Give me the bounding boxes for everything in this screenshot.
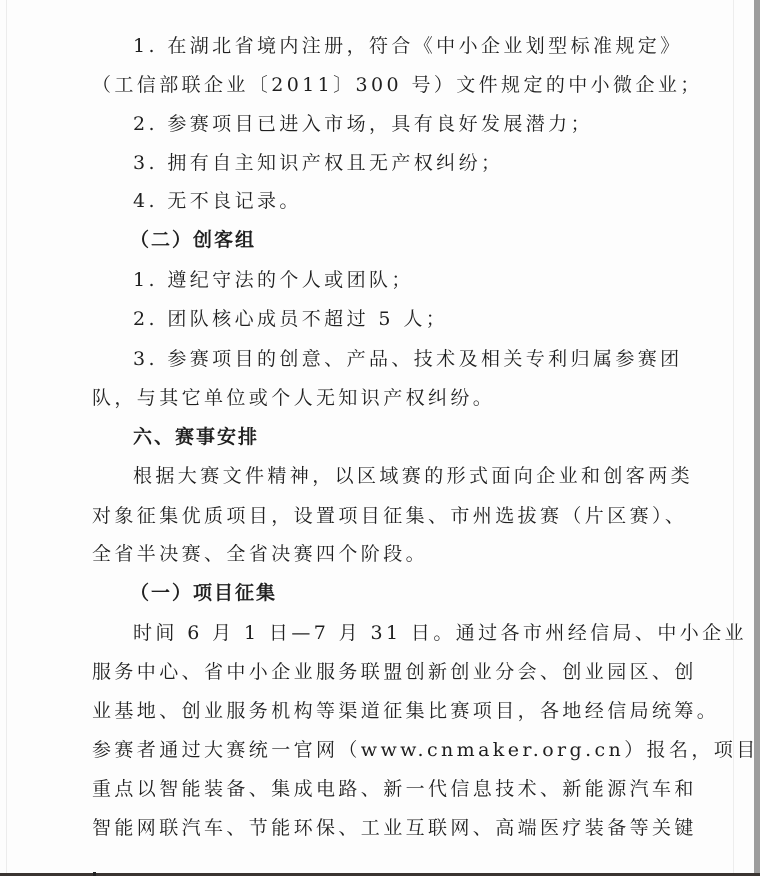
bottom-marker-icon [93,872,96,876]
section-heading-schedule: 六、赛事安排 [133,425,259,449]
schedule-paragraph-line-2: 对象征集优质项目，设置项目征集、市州选拔赛（片区赛）、 [92,504,687,528]
req-enterprise-item-1: 1. 在湖北省境内注册，符合《中小企业划型标准规定》 [133,34,683,58]
collection-paragraph-line-3: 业基地、创业服务机构等渠道征集比赛项目，各地经信局统筹。 [92,699,719,723]
req-enterprise-item-2: 2. 参赛项目已进入市场，具有良好发展潜力； [133,112,593,136]
collection-paragraph-line-5: 重点以智能装备、集成电路、新一代信息技术、新能源汽车和 [92,777,697,801]
collection-paragraph-line-2: 服务中心、省中小企业服务联盟创新创业分会、创业园区、创 [92,660,697,684]
req-maker-item-3: 3. 参赛项目的创意、产品、技术及相关专利归属参赛团 [133,347,683,371]
schedule-paragraph-line-1: 根据大赛文件精神，以区域赛的形式面向企业和创客两类 [133,464,693,488]
section-heading-maker-group: （二）创客组 [130,228,256,252]
document-page: 1. 在湖北省境内注册，符合《中小企业划型标准规定》 （工信部联企业〔2011〕… [0,0,754,873]
req-enterprise-item-3: 3. 拥有自主知识产权且无产权纠纷； [133,151,503,175]
req-maker-item-3-cont: 队，与其它单位或个人无知识产权纠纷。 [92,386,495,410]
schedule-paragraph-line-3: 全省半决赛、全省决赛四个阶段。 [92,542,428,566]
req-enterprise-item-1-cont: （工信部联企业〔2011〕300 号）文件规定的中小微企业； [92,73,703,97]
vertical-scrollbar[interactable] [754,0,760,873]
collection-paragraph-line-4: 参赛者通过大赛统一官网（www.cnmaker.org.cn）报名，项目 [92,738,759,762]
collection-paragraph-line-6: 智能网联汽车、节能环保、工业互联网、高端医疗装备等关键 [92,816,697,840]
req-enterprise-item-4: 4. 无不良记录。 [133,189,302,213]
req-maker-item-2: 2. 团队核心成员不超过 5 人； [133,307,448,331]
req-maker-item-1: 1. 遵纪守法的个人或团队； [133,268,414,292]
page-edge-left [6,0,7,873]
collection-paragraph-line-1: 时间 6 月 1 日—7 月 31 日。通过各市州经信局、中小企业 [133,621,747,645]
section-heading-project-collection: （一）项目征集 [130,581,277,605]
